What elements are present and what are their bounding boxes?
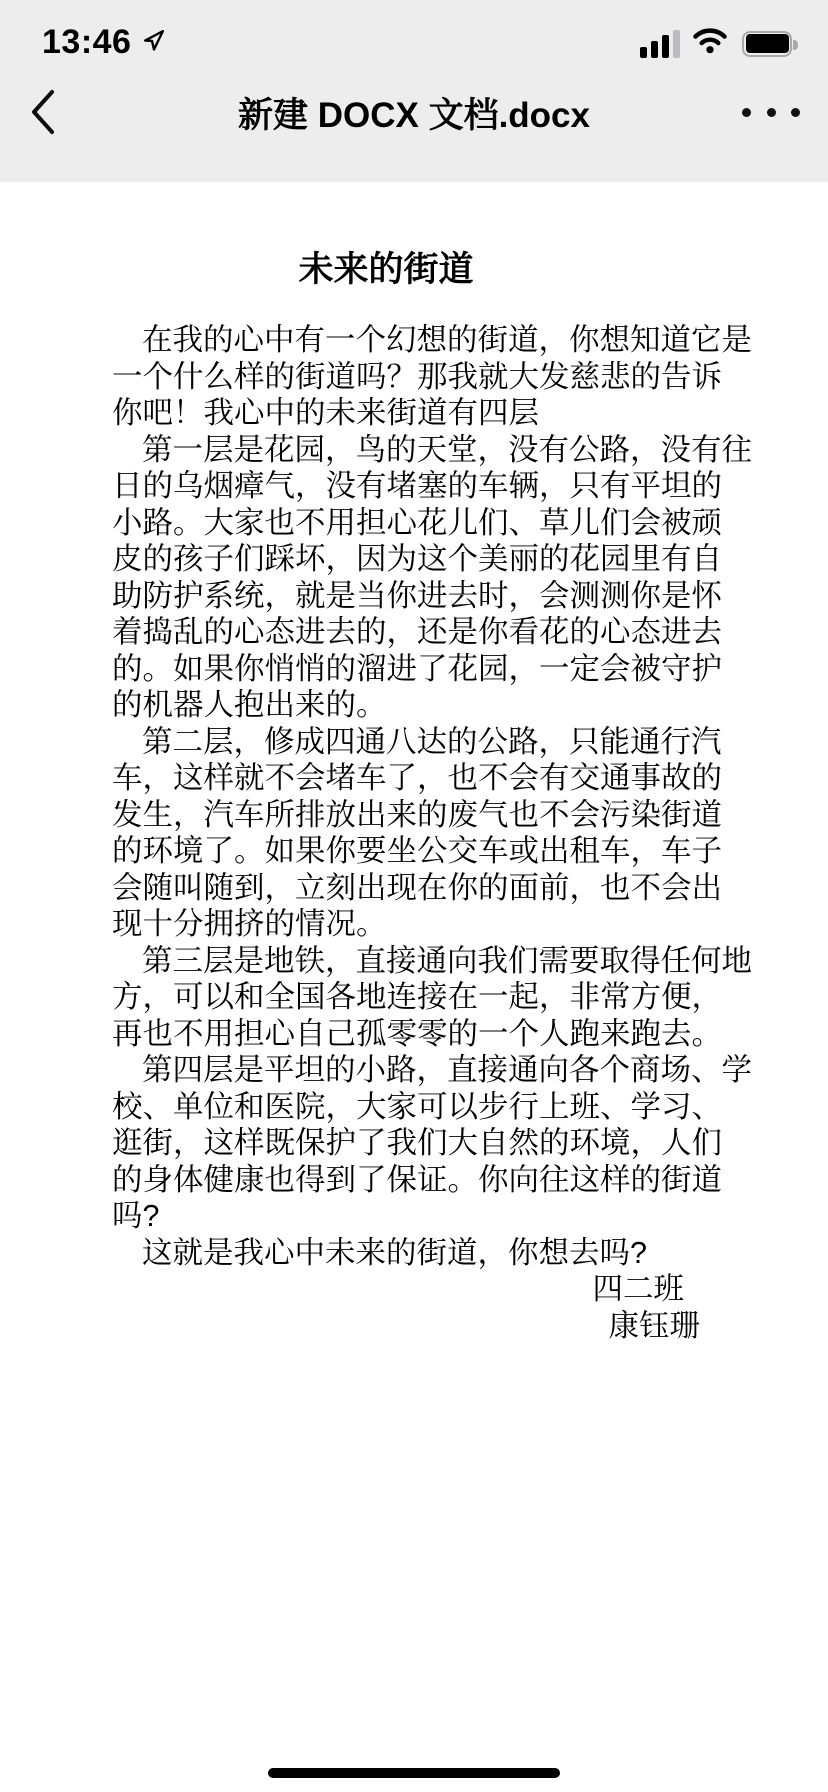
doc-line: 第四层是平坦的小路，直接通向各个商场、学 (112, 1052, 720, 1089)
doc-line: 四二班 (112, 1271, 720, 1308)
doc-line: 吗? (112, 1198, 720, 1235)
doc-line: 发生，汽车所排放出来的废气也不会污染街道 (112, 797, 720, 834)
document-title: 未来的街道 (112, 248, 660, 292)
doc-line: 你吧！我心中的未来街道有四层 (112, 395, 720, 432)
document-body: 在我的心中有一个幻想的街道，你想知道它是一个什么样的街道吗？那我就大发慈悲的告诉… (112, 322, 720, 1344)
status-bar: 13:46 (0, 0, 828, 62)
doc-line: 的身体健康也得到了保证。你向往这样的街道 (112, 1162, 720, 1199)
doc-line: 第三层是地铁，直接通向我们需要取得任何地 (112, 943, 720, 980)
doc-line: 小路。大家也不用担心花儿们、草儿们会被顽 (112, 505, 720, 542)
header: 13:46 (0, 0, 828, 182)
doc-line: 第二层，修成四通八达的公路，只能通行汽 (112, 724, 720, 761)
cellular-signal-icon (640, 30, 680, 59)
doc-line: 的。如果你悄悄的溜进了花园，一定会被守护 (112, 651, 720, 688)
doc-line: 会随叫随到，立刻出现在你的面前，也不会出 (112, 870, 720, 907)
doc-line: 逛街，这样既保护了我们大自然的环境，人们 (112, 1125, 720, 1162)
phone-screen: 13:46 (0, 0, 828, 1792)
home-indicator[interactable] (268, 1768, 560, 1778)
more-options-button[interactable] (742, 102, 800, 122)
doc-line: 的机器人抱出来的。 (112, 687, 720, 724)
doc-line: 着捣乱的心态进去的，还是你看花的心态进去 (112, 614, 720, 651)
nav-bar: 新建 DOCX 文档.docx (0, 62, 828, 162)
document-viewer[interactable]: 未来的街道 在我的心中有一个幻想的街道，你想知道它是一个什么样的街道吗？那我就大… (0, 182, 828, 1344)
doc-line: 日的乌烟瘴气，没有堵塞的车辆，只有平坦的 (112, 468, 720, 505)
doc-line: 康钰珊 (112, 1308, 720, 1345)
battery-icon (742, 31, 800, 59)
doc-line: 一个什么样的街道吗？那我就大发慈悲的告诉 (112, 359, 720, 396)
doc-line: 这就是我心中未来的街道，你想去吗? (112, 1235, 720, 1272)
wifi-icon (692, 26, 728, 59)
doc-line: 车，这样就不会堵车了，也不会有交通事故的 (112, 760, 720, 797)
doc-line: 在我的心中有一个幻想的街道，你想知道它是 (112, 322, 720, 359)
doc-line: 现十分拥挤的情况。 (112, 906, 720, 943)
doc-line: 皮的孩子们踩坏，因为这个美丽的花园里有自 (112, 541, 720, 578)
status-bar-right (640, 26, 800, 59)
clock: 13:46 (42, 23, 131, 62)
status-bar-left: 13:46 (42, 23, 167, 62)
file-title: 新建 DOCX 文档.docx (0, 88, 828, 138)
location-arrow-icon (141, 27, 167, 58)
doc-line: 方，可以和全国各地连接在一起，非常方便， (112, 979, 720, 1016)
doc-line: 助防护系统，就是当你进去时，会测测你是怀 (112, 578, 720, 615)
doc-line: 再也不用担心自己孤零零的一个人跑来跑去。 (112, 1016, 720, 1053)
doc-line: 校、单位和医院，大家可以步行上班、学习、 (112, 1089, 720, 1126)
doc-line: 的环境了。如果你要坐公交车或出租车，车子 (112, 833, 720, 870)
doc-line: 第一层是花园，鸟的天堂，没有公路，没有往 (112, 432, 720, 469)
